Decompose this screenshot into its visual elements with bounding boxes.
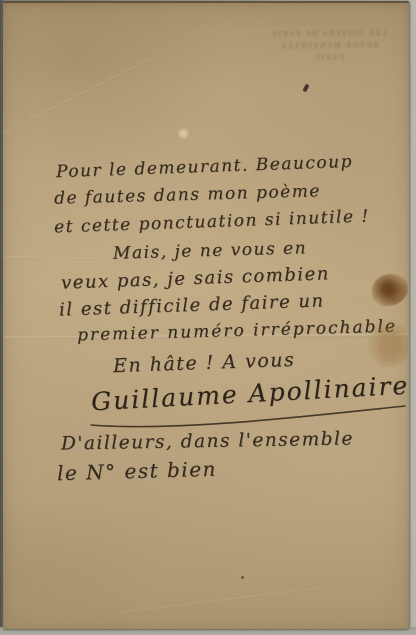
bottom-diagonal-crease — [122, 586, 331, 614]
top-left-diagonal-crease — [3, 59, 150, 138]
handwritten-line-6: il est difficile de faire un — [59, 290, 325, 320]
handwritten-line-4: Mais, je ne vous en — [113, 238, 308, 263]
light-brown-stain — [367, 319, 409, 367]
handwritten-line-2: de fautes dans mon poème — [54, 181, 321, 208]
signature-guillaume-apollinaire: Guillaume Apollinaire — [90, 371, 409, 417]
handwritten-line-1: Pour le demeurant. Beaucoup — [56, 152, 354, 182]
left-short-crease — [3, 256, 98, 260]
handwritten-line-5: veux pas, je sais combien — [61, 263, 330, 293]
letterhead-line-1: LES SOIRÉES DE PARIS — [253, 27, 405, 41]
paper-top-edge-shadow — [3, 1, 409, 3]
handwritten-closing-line: En hâte ! A vous — [113, 349, 296, 377]
pale-paper-fleck — [179, 129, 188, 138]
letterhead-showthrough: LES SOIRÉES DE PARIS REVUE MENSUELLE PAR… — [253, 27, 405, 65]
handwritten-line-7: premier numéro irréprochable — [77, 317, 397, 346]
letter-paper-sheet: LES SOIRÉES DE PARIS REVUE MENSUELLE PAR… — [3, 1, 409, 629]
dark-ink-stain — [372, 274, 408, 306]
small-dark-speck — [241, 576, 244, 579]
letterhead-line-3: PARIS — [253, 51, 405, 65]
postscript-line-1: D'ailleurs, dans l'ensemble — [61, 428, 354, 454]
small-ink-mark — [302, 84, 309, 93]
handwritten-line-3: et cette ponctuation si inutile ! — [54, 206, 370, 237]
postscript-line-2: le N° est bien — [57, 457, 217, 485]
letter-photograph: LES SOIRÉES DE PARIS REVUE MENSUELLE PAR… — [0, 0, 416, 635]
